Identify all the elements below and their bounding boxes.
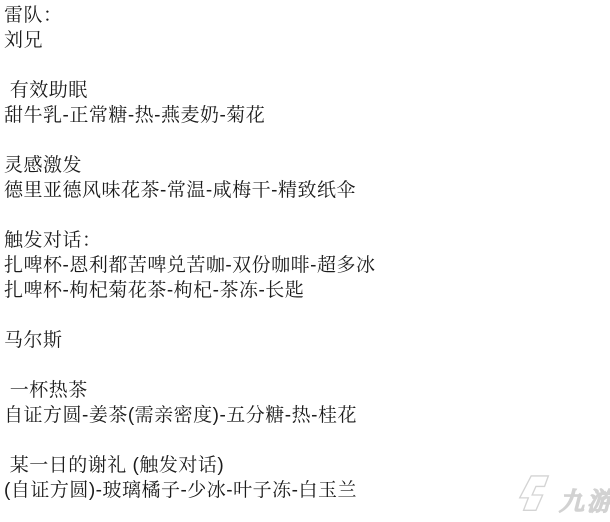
recipe-formula-line: (自证方圆)-玻璃橘子-少冰-叶子冻-白玉兰 xyxy=(4,478,604,503)
recipe-formula-line: 扎啤杯-恩利都苦啤兑苦咖-双份咖啡-超多冰 xyxy=(4,253,604,278)
recipe-formula-line: 自证方圆-姜茶(需亲密度)-五分糖-热-桂花 xyxy=(4,403,604,428)
blank-line xyxy=(4,303,604,328)
recipe-title-line: 灵感激发 xyxy=(4,153,604,178)
blank-line xyxy=(4,128,604,153)
character-name-line: 刘兄 xyxy=(4,28,604,53)
recipe-text-document: 雷队： 刘兄 有效助眠 甜牛乳-正常糖-热-燕麦奶-菊花 灵感激发 德里亚德风味… xyxy=(4,3,604,503)
recipe-title-line: 某一日的谢礼 (触发对话) xyxy=(4,453,604,478)
recipe-formula-line: 德里亚德风味花茶-常温-咸梅干-精致纸伞 xyxy=(4,178,604,203)
guide-page: 雷队： 刘兄 有效助眠 甜牛乳-正常糖-热-燕麦奶-菊花 灵感激发 德里亚德风味… xyxy=(0,0,610,522)
team-header-line: 雷队： xyxy=(4,3,604,28)
blank-line xyxy=(4,428,604,453)
blank-line xyxy=(4,53,604,78)
recipe-title-line: 触发对话： xyxy=(4,228,604,253)
recipe-title-line: 一杯热茶 xyxy=(4,378,604,403)
blank-line xyxy=(4,353,604,378)
character-name-line: 马尔斯 xyxy=(4,328,604,353)
recipe-formula-line: 甜牛乳-正常糖-热-燕麦奶-菊花 xyxy=(4,103,604,128)
recipe-title-line: 有效助眠 xyxy=(4,78,604,103)
recipe-formula-line: 扎啤杯-枸杞菊花茶-枸杞-茶冻-长匙 xyxy=(4,278,604,303)
blank-line xyxy=(4,203,604,228)
